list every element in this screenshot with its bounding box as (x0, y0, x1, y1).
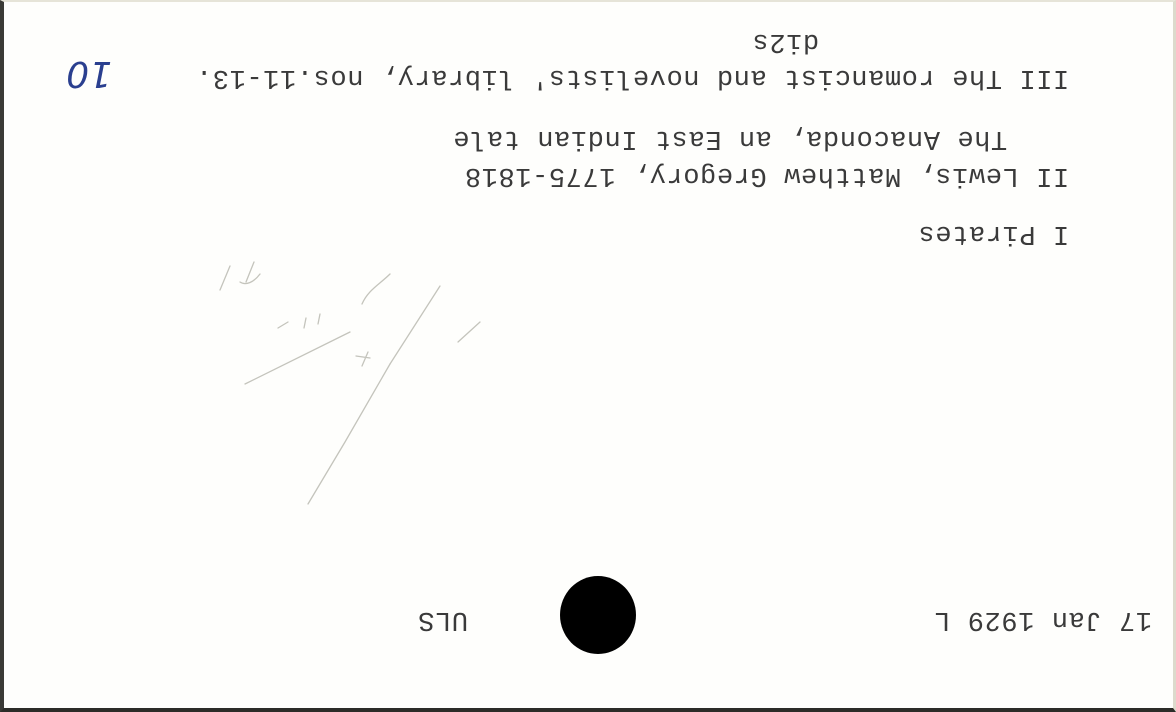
pencil-marks (4, 2, 1176, 712)
card-content-rotated: 10 I Pirates II Lewis, Matthew Gregory, … (4, 2, 1176, 712)
catalog-card: 10 I Pirates II Lewis, Matthew Gregory, … (0, 0, 1176, 712)
